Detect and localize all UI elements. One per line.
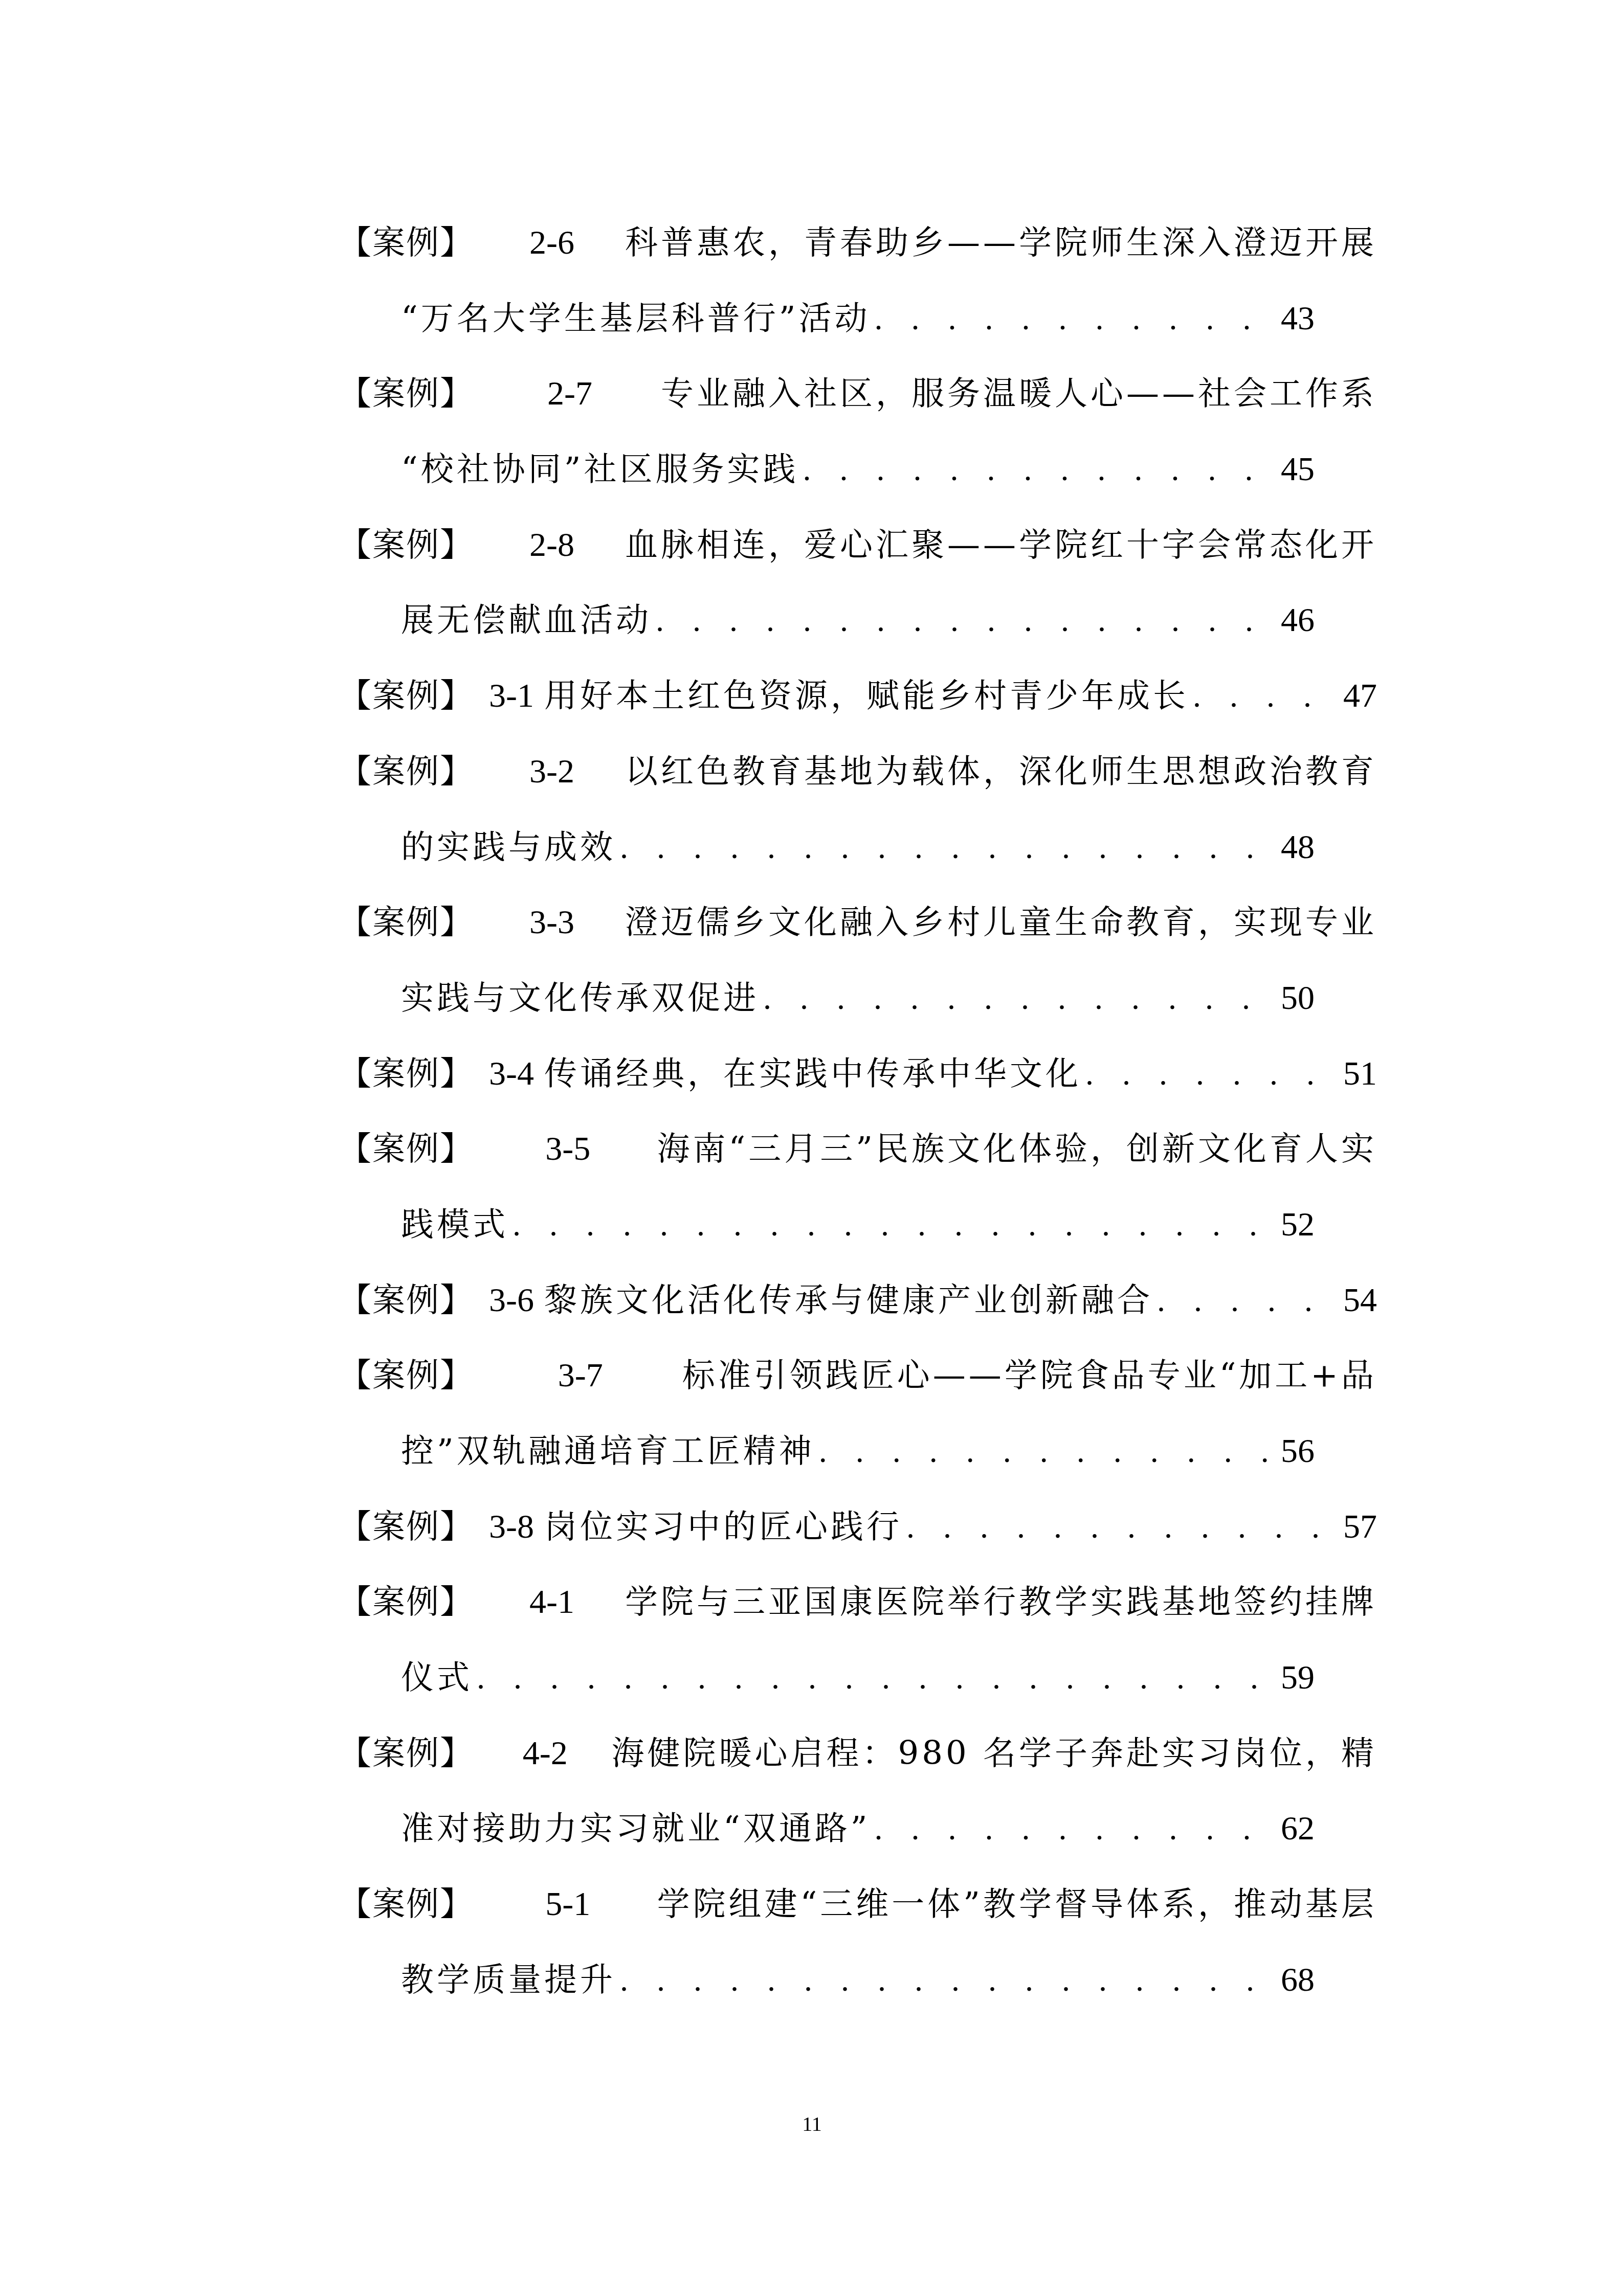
entry-title-continued: 展无偿献血活动 xyxy=(401,592,652,648)
dot-leader xyxy=(513,1197,1274,1253)
case-code: 3-4 xyxy=(489,1046,534,1102)
case-code: 3-3 xyxy=(529,894,574,951)
dot-leader xyxy=(803,441,1274,498)
document-page: 【案例】 2-6 科普惠农，青春助乡——学院师生深入澄迈开展 “万名大学生基层科… xyxy=(0,0,1624,2296)
dot-leader xyxy=(620,819,1274,875)
toc-entry[interactable]: 【案例】 3-1 用好本土红色资源，赋能乡村青少年成长 47 xyxy=(339,668,1377,744)
entry-title: 海健院暖心启程：980 名学子奔赴实习岗位，精 xyxy=(611,1725,1377,1782)
toc-entry[interactable]: 【案例】 3-5 海南“三月三”民族文化体验，创新文化育人实 践模式 52 xyxy=(339,1121,1377,1272)
toc-entry[interactable]: 【案例】 2-8 血脉相连，爱心汇聚——学院红十字会常态化开 展无偿献血活动 4… xyxy=(339,517,1377,668)
toc-entry[interactable]: 【案例】 3-6 黎族文化活化传承与健康产业创新融合 54 xyxy=(339,1272,1377,1348)
entry-title: 血脉相连，爱心汇聚——学院红十字会常态化开 xyxy=(625,517,1377,573)
case-tag: 【案例】 xyxy=(339,517,474,573)
entry-title: 以红色教育基地为载体，深化师生思想政治教育 xyxy=(625,744,1377,800)
entry-title-continued: 控”双轨融通培育工匠精神 xyxy=(401,1423,815,1479)
toc-entry[interactable]: 【案例】 4-2 海健院暖心启程：980 名学子奔赴实习岗位，精 准对接助力实习… xyxy=(339,1725,1377,1876)
case-code: 4-1 xyxy=(529,1574,574,1630)
entry-page-number: 62 xyxy=(1281,1800,1315,1857)
toc-entry[interactable]: 【案例】 3-7 标准引领践匠心——学院食品专业“加工+品 控”双轨融通培育工匠… xyxy=(339,1347,1377,1498)
entry-page-number: 46 xyxy=(1281,592,1315,648)
case-code: 3-8 xyxy=(489,1499,534,1555)
dot-leader xyxy=(1157,1272,1336,1329)
entry-title: 学院与三亚国康医院举行教学实践基地签约挂牌 xyxy=(625,1574,1377,1630)
case-code: 2-8 xyxy=(529,517,574,573)
case-tag: 【案例】 xyxy=(339,215,474,271)
case-code: 4-2 xyxy=(523,1725,568,1782)
case-tag: 【案例】 xyxy=(339,1046,474,1102)
dot-leader xyxy=(656,592,1274,648)
toc-entry[interactable]: 【案例】 4-1 学院与三亚国康医院举行教学实践基地签约挂牌 仪式 59 xyxy=(339,1574,1377,1725)
toc-entry[interactable]: 【案例】 5-1 学院组建“三维一体”教学督导体系，推动基层 教学质量提升 68 xyxy=(339,1876,1377,2027)
case-tag: 【案例】 xyxy=(339,1499,474,1555)
case-code: 3-7 xyxy=(558,1347,603,1404)
case-tag: 【案例】 xyxy=(339,1725,474,1782)
case-code: 5-1 xyxy=(545,1876,590,1932)
case-tag: 【案例】 xyxy=(339,744,474,800)
entry-title: 黎族文化活化传承与健康产业创新融合 xyxy=(544,1272,1153,1329)
entry-page-number: 48 xyxy=(1281,819,1315,875)
entry-title: 学院组建“三维一体”教学督导体系，推动基层 xyxy=(657,1876,1377,1932)
entry-page-number: 54 xyxy=(1343,1272,1377,1329)
dot-leader xyxy=(906,1499,1336,1555)
entry-title: 传诵经典，在实践中传承中华文化 xyxy=(544,1046,1081,1102)
toc-entry[interactable]: 【案例】 3-4 传诵经典，在实践中传承中华文化 51 xyxy=(339,1046,1377,1121)
entry-title: 标准引领践匠心——学院食品专业“加工+品 xyxy=(682,1347,1377,1404)
toc-entry[interactable]: 【案例】 3-2 以红色教育基地为载体，深化师生思想政治教育 的实践与成效 48 xyxy=(339,744,1377,894)
case-tag: 【案例】 xyxy=(339,1347,474,1404)
case-tag: 【案例】 xyxy=(339,894,474,951)
entry-page-number: 47 xyxy=(1343,668,1377,724)
case-code: 3-2 xyxy=(529,744,574,800)
page-number-footer: 11 xyxy=(0,2112,1624,2136)
dot-leader xyxy=(477,1650,1274,1706)
entry-title-continued: “万名大学生基层科普行”活动 xyxy=(401,290,870,347)
entry-title: 岗位实习中的匠心践行 xyxy=(544,1499,902,1555)
case-code: 3-6 xyxy=(489,1272,534,1329)
case-tag: 【案例】 xyxy=(339,668,474,724)
entry-title: 科普惠农，青春助乡——学院师生深入澄迈开展 xyxy=(625,215,1377,271)
dot-leader xyxy=(1085,1046,1336,1102)
dot-leader xyxy=(874,290,1274,347)
dot-leader xyxy=(819,1423,1274,1479)
case-tag: 【案例】 xyxy=(339,1121,474,1177)
dot-leader xyxy=(1193,668,1336,724)
entry-page-number: 45 xyxy=(1281,441,1315,498)
case-tag: 【案例】 xyxy=(339,1574,474,1630)
toc-entry[interactable]: 【案例】 3-8 岗位实习中的匠心践行 57 xyxy=(339,1499,1377,1574)
dot-leader xyxy=(763,970,1274,1026)
entry-page-number: 57 xyxy=(1343,1499,1377,1555)
dot-leader xyxy=(620,1952,1274,2008)
toc-entry[interactable]: 【案例】 3-3 澄迈儒乡文化融入乡村儿童生命教育，实现专业 实践与文化传承双促… xyxy=(339,894,1377,1045)
entry-title-continued: 践模式 xyxy=(401,1197,508,1253)
case-tag: 【案例】 xyxy=(339,1272,474,1329)
case-code: 3-5 xyxy=(545,1121,590,1177)
entry-page-number: 52 xyxy=(1281,1197,1315,1253)
entry-page-number: 59 xyxy=(1281,1650,1315,1706)
case-tag: 【案例】 xyxy=(339,366,474,422)
case-code: 3-1 xyxy=(489,668,534,724)
dot-leader xyxy=(874,1800,1274,1857)
entry-title-continued: 准对接助力实习就业“双通路” xyxy=(401,1800,870,1857)
entry-page-number: 68 xyxy=(1281,1952,1315,2008)
case-code: 2-6 xyxy=(529,215,574,271)
entry-title: 澄迈儒乡文化融入乡村儿童生命教育，实现专业 xyxy=(625,894,1377,951)
entry-page-number: 56 xyxy=(1281,1423,1315,1479)
toc-entry[interactable]: 【案例】 2-6 科普惠农，青春助乡——学院师生深入澄迈开展 “万名大学生基层科… xyxy=(339,215,1377,366)
entry-title-continued: 仪式 xyxy=(401,1650,473,1706)
entry-page-number: 50 xyxy=(1281,970,1315,1026)
entry-title: 专业融入社区，服务温暖人心——社会工作系 xyxy=(661,366,1377,422)
entry-title-continued: “校社协同”社区服务实践 xyxy=(401,441,798,498)
entry-title: 海南“三月三”民族文化体验，创新文化育人实 xyxy=(657,1121,1377,1177)
toc-entry[interactable]: 【案例】 2-7 专业融入社区，服务温暖人心——社会工作系 “校社协同”社区服务… xyxy=(339,366,1377,516)
entry-page-number: 51 xyxy=(1343,1046,1377,1102)
case-code: 2-7 xyxy=(547,366,592,422)
entry-title: 用好本土红色资源，赋能乡村青少年成长 xyxy=(544,668,1189,724)
table-of-contents: 【案例】 2-6 科普惠农，青春助乡——学院师生深入澄迈开展 “万名大学生基层科… xyxy=(339,215,1377,2028)
entry-page-number: 43 xyxy=(1281,290,1315,347)
entry-title-continued: 的实践与成效 xyxy=(401,819,616,875)
entry-title-continued: 教学质量提升 xyxy=(401,1952,616,2008)
entry-title-continued: 实践与文化传承双促进 xyxy=(401,970,759,1026)
case-tag: 【案例】 xyxy=(339,1876,474,1932)
